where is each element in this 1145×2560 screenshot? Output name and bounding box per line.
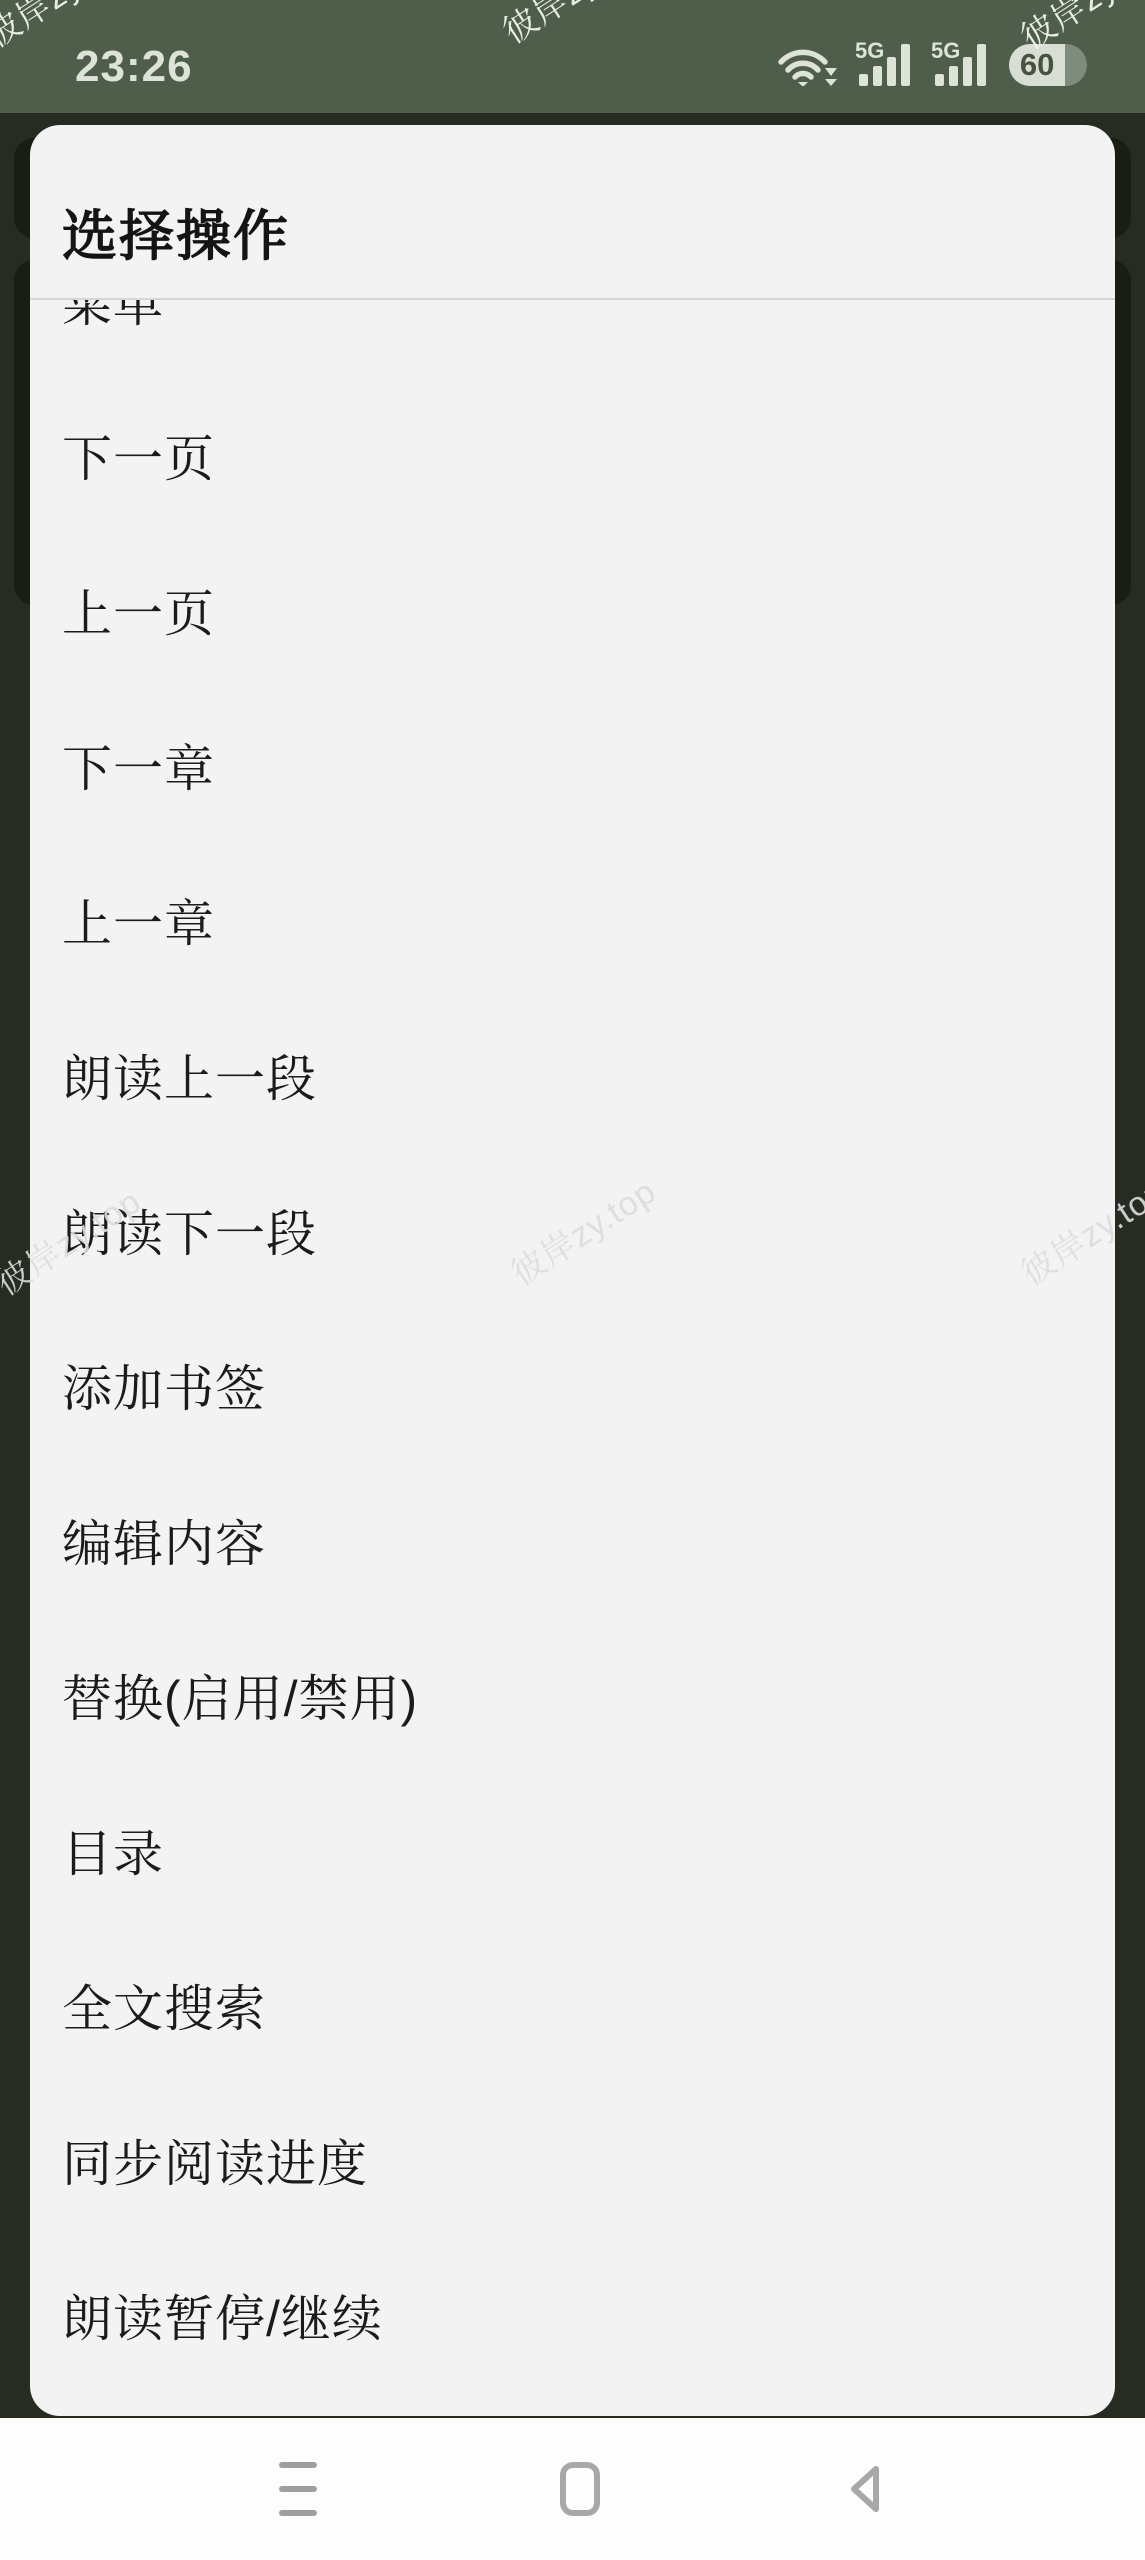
dialog-option-next-chapter[interactable]: 下一章 [30,687,1115,842]
dialog-option-edit-content[interactable]: 编辑内容 [30,1462,1115,1617]
menu-icon [279,2462,317,2516]
signal-sim1-icon: 5G [857,44,915,86]
signal-sim2-icon: 5G [933,44,991,86]
dialog-title: 选择操作 [30,125,1115,298]
wifi-icon [777,44,839,86]
dialog-option-next-page[interactable]: 下一页 [30,377,1115,532]
back-icon [842,2461,886,2517]
home-icon [560,2462,600,2516]
nav-home-button[interactable] [520,2418,640,2560]
battery-icon: 60 [1009,44,1087,86]
system-nav-bar [0,2418,1145,2560]
dialog-option-table-of-contents[interactable]: 目录 [30,1772,1115,1927]
nav-back-button[interactable] [804,2418,924,2560]
phone-screen: 23:26 5G 5G [0,0,1145,2560]
status-icons-cluster: 5G 5G 60 [777,44,1087,86]
action-dialog: 选择操作 菜单 下一页 上一页 下一章 上一章 朗读上一段 朗读下一段 添加书签… [30,125,1115,2416]
battery-percent-text: 60 [1009,44,1065,86]
dialog-option-sync-reading-progress[interactable]: 同步阅读进度 [30,2082,1115,2237]
dialog-option-list[interactable]: 菜单 下一页 上一页 下一章 上一章 朗读上一段 朗读下一段 添加书签 编辑内容… [30,298,1115,2416]
dialog-option-read-next-paragraph[interactable]: 朗读下一段 [30,1152,1115,1307]
dialog-option-prev-page[interactable]: 上一页 [30,532,1115,687]
dialog-option-menu[interactable]: 菜单 [30,298,1115,377]
network-badge-5g: 5G [855,38,884,64]
dialog-option-add-bookmark[interactable]: 添加书签 [30,1307,1115,1462]
dialog-option-replace-toggle[interactable]: 替换(启用/禁用) [30,1617,1115,1772]
clock-text: 23:26 [75,42,193,92]
status-bar: 23:26 5G 5G [0,0,1145,113]
network-badge-5g: 5G [931,38,960,64]
dialog-option-prev-chapter[interactable]: 上一章 [30,842,1115,997]
nav-menu-button[interactable] [238,2418,358,2560]
dialog-option-read-pause-resume[interactable]: 朗读暂停/继续 [30,2237,1115,2392]
dialog-option-read-prev-paragraph[interactable]: 朗读上一段 [30,997,1115,1152]
dialog-option-full-text-search[interactable]: 全文搜索 [30,1927,1115,2082]
